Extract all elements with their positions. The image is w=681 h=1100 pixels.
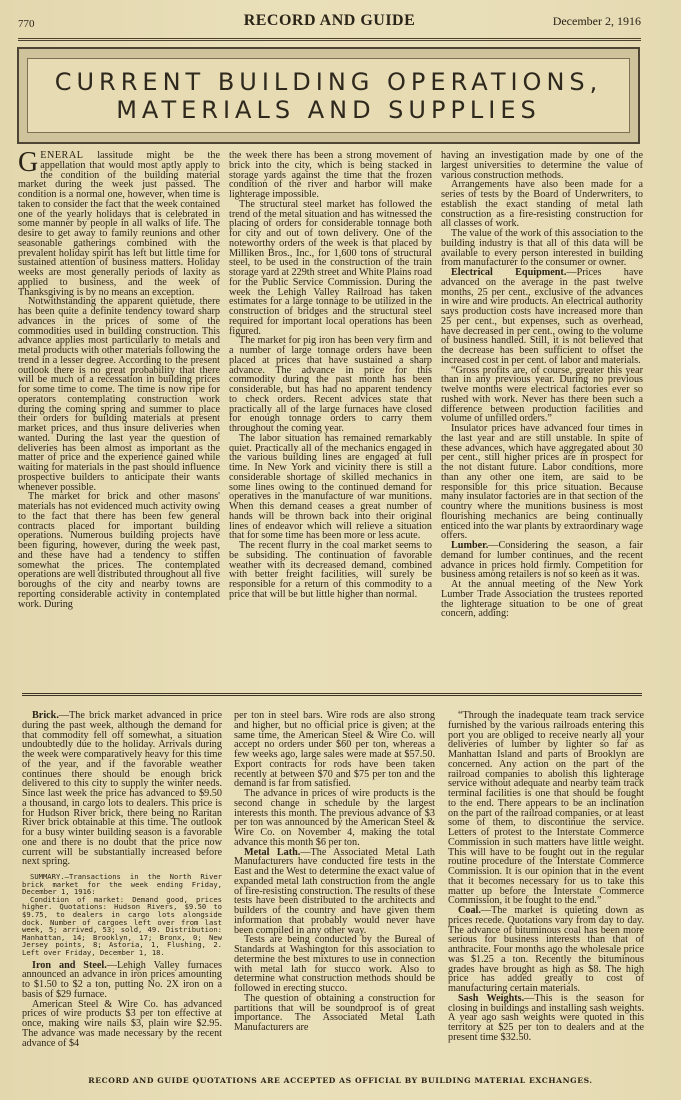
banner-title-line-1: CURRENT BUILDING OPERATIONS,: [55, 68, 603, 96]
drop-cap: G: [18, 152, 38, 174]
paragraph-text: —The Associated Metal Lath Manufacturers…: [234, 847, 435, 936]
banner-panel: CURRENT BUILDING OPERATIONS, MATERIALS A…: [27, 58, 630, 133]
paragraph: American Steel & Wire Co. has advanced p…: [22, 1000, 222, 1049]
paragraph: The structural steel market has followed…: [229, 200, 432, 337]
paragraph: having an investigation made by one of t…: [441, 151, 643, 180]
lumber-paragraph: Lumber.—Considering the season, a fair d…: [441, 541, 643, 580]
electrical-equipment-paragraph: Electrical Equipment.—Prices have advanc…: [441, 268, 643, 366]
paragraph: The value of the work of this associatio…: [441, 229, 643, 268]
paragraph-text: —Prices have advanced on the average in …: [441, 267, 643, 366]
paragraph: Insulator prices have advanced four time…: [441, 424, 643, 541]
paragraph: “Through the inadequate team track servi…: [448, 711, 644, 906]
paragraph-text: —The market is quieting down as prices r…: [448, 905, 644, 994]
paragraph: per ton in steel bars. Wire rods are als…: [234, 711, 435, 789]
coal-paragraph: Coal.—The market is quieting down as pri…: [448, 906, 644, 994]
paragraph: Tests are being conducted by the Bureal …: [234, 935, 435, 994]
paragraph: The recent flurry in the coal market see…: [229, 541, 432, 600]
metal-lath-paragraph: Metal Lath.—The Associated Metal Lath Ma…: [234, 848, 435, 936]
paragraph: Arrangements have also been made for a s…: [441, 180, 643, 229]
brick-summary: SUMMARY.—Transactions in the North River…: [22, 873, 222, 957]
paragraph: the week there has been a strong movemen…: [229, 151, 432, 200]
intro-text: lassitude might be the appellation that …: [18, 150, 220, 298]
journal-title: RECORD AND GUIDE: [18, 12, 641, 30]
magazine-page: 770 RECORD AND GUIDE December 2, 1916 CU…: [0, 0, 681, 1100]
iron-steel-paragraph: Iron and Steel.—Lehigh Valley furnaces a…: [22, 961, 222, 1000]
sash-weights-paragraph: Sash Weights.—This is the season for clo…: [448, 994, 644, 1043]
paragraph: The market for brick and other masons' m…: [18, 492, 220, 609]
paragraph: Notwithstanding the apparent quietude, t…: [18, 297, 220, 492]
paragraph: “Gross profits are, of course, greater t…: [441, 366, 643, 425]
intro-paragraph: GENERAL lassitude might be the appellati…: [18, 151, 220, 297]
paragraph: At the annual meeting of the New York Lu…: [441, 580, 643, 619]
summary-heading: SUMMARY.—Transactions in the North River…: [22, 873, 222, 896]
issue-date: December 2, 1916: [553, 14, 641, 29]
section-banner: CURRENT BUILDING OPERATIONS, MATERIALS A…: [17, 47, 640, 144]
paragraph-text: —The brick market advanced in price duri…: [22, 710, 222, 867]
banner-title-line-2: MATERIALS AND SUPPLIES: [116, 96, 541, 124]
bottom-column-1: Brick.—The brick market advanced in pric…: [22, 711, 222, 1048]
paragraph: The market for pig iron has been very fi…: [229, 336, 432, 434]
bottom-column-3: “Through the inadequate team track servi…: [448, 711, 644, 1043]
header-rule: [18, 38, 641, 41]
footer-notice: RECORD AND GUIDE QUOTATIONS ARE ACCEPTED…: [0, 1076, 681, 1085]
summary-details: Condition of market: Demand good, prices…: [22, 896, 222, 957]
top-column-1: GENERAL lassitude might be the appellati…: [18, 151, 220, 609]
top-column-2: the week there has been a strong movemen…: [229, 151, 432, 600]
top-column-3: having an investigation made by one of t…: [441, 151, 643, 619]
paragraph: The question of obtaining a construction…: [234, 994, 435, 1033]
running-header: 770 RECORD AND GUIDE December 2, 1916: [18, 12, 641, 34]
paragraph: The labor situation has remained remarka…: [229, 434, 432, 541]
section-divider: [22, 693, 642, 696]
paragraph: The advance in prices of wire products i…: [234, 789, 435, 848]
bottom-column-2: per ton in steel bars. Wire rods are als…: [234, 711, 435, 1033]
brick-paragraph: Brick.—The brick market advanced in pric…: [22, 711, 222, 867]
